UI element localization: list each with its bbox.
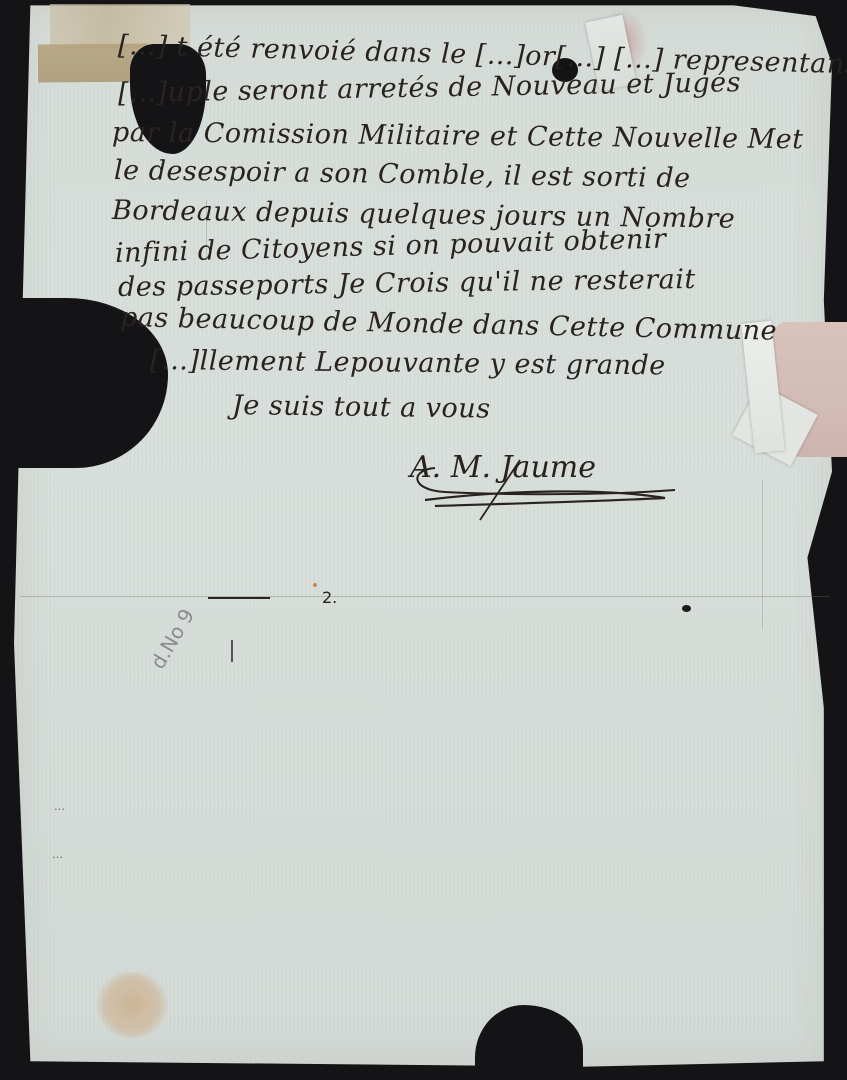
- ink-blot: [682, 605, 691, 612]
- signature: A. M. Jaume: [410, 450, 596, 485]
- horizontal-fold-line: [20, 596, 830, 597]
- margin-mark: [231, 640, 233, 662]
- ink-mark-2: 2.: [322, 588, 337, 607]
- rust-spot: [313, 583, 317, 587]
- letter-closing: Je suis tout a vous: [232, 390, 491, 425]
- faded-mark-left-lower: …: [52, 848, 63, 861]
- brown-water-stain: [96, 972, 168, 1038]
- scan-background-edge: [0, 0, 16, 1080]
- letter-line-9: […]llement Lepouvante y est grande: [150, 345, 666, 381]
- ink-stroke-fold: [208, 597, 270, 599]
- document-scan: […] t été renvoié dans le […]or[…] […] r…: [0, 0, 847, 1080]
- right-edge-crease: [762, 480, 763, 630]
- faded-mark-left: …: [54, 800, 65, 813]
